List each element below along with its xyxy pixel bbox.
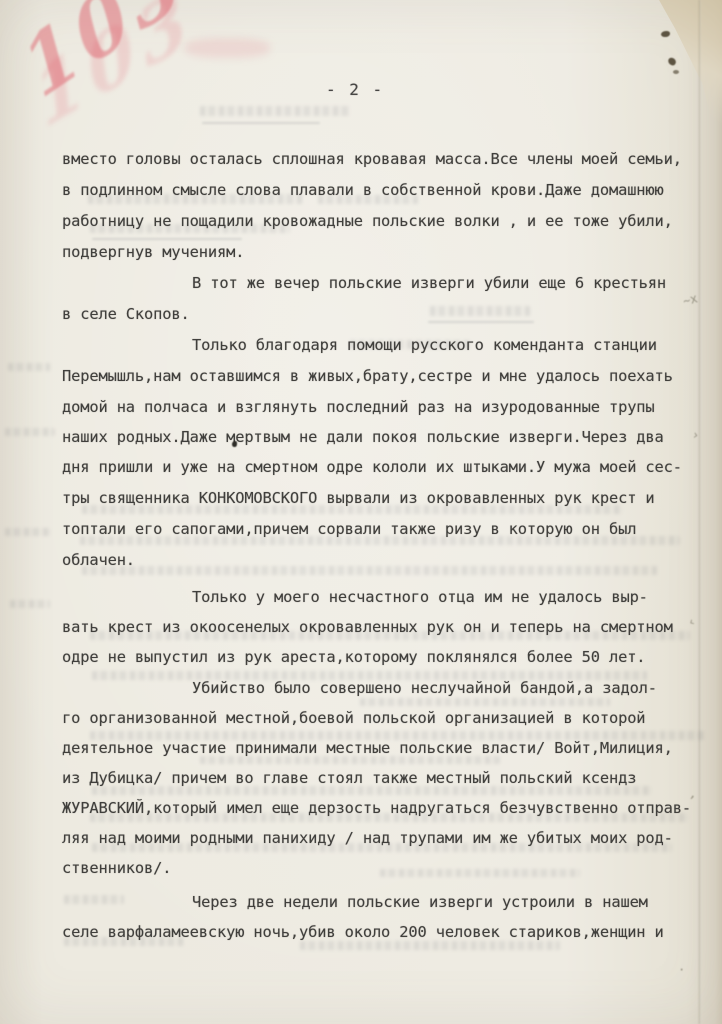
pencil-mark: · <box>677 963 685 978</box>
text-line: вать крест из окоосенелых окровавленных … <box>62 618 714 636</box>
text-line: деятельное участие принимали местные пол… <box>62 739 714 757</box>
text-line: наших родных.Даже мертвым не дали покоя … <box>62 428 714 446</box>
text-line: вместо головы осталась сплошная кровавая… <box>62 150 714 168</box>
text-line: в селе Скопов. <box>62 305 714 323</box>
text-line: подвергнув мучениям. <box>62 243 714 261</box>
ink-blot <box>232 441 237 447</box>
text-line: ственников/. <box>62 859 714 877</box>
text-line: облачен. <box>62 551 714 569</box>
text-line: тры священника КОНКОМОВСКОГО вырвали из … <box>62 489 714 507</box>
text-line: Только у моего несчастного отца им не уд… <box>62 588 722 606</box>
text-line: Убийство было совершено неслучайной банд… <box>62 679 722 697</box>
text-line: ЖУРАВСКИЙ,который имел еще дерзость надр… <box>62 799 714 817</box>
text-line: В тот же вечер польские изверги убили ещ… <box>62 274 722 292</box>
text-line: топтали его сапогами,причем сорвали такж… <box>62 520 714 538</box>
typewritten-text-block: вместо головы осталась сплошная кровавая… <box>0 0 722 1024</box>
text-line: ляя над моими родными панихиду / над тру… <box>62 829 714 847</box>
text-line: Через две недели польские изверги устрои… <box>62 893 722 911</box>
text-line: селе варфаламеевскую ночь,убив около 200… <box>62 923 714 941</box>
text-line: в подлинном смысле слова плавали в собст… <box>62 181 714 199</box>
text-line: домой на полчаса и взглянуть последний р… <box>62 398 714 416</box>
text-line: одре не выпустил из рук ареста,которому … <box>62 648 714 666</box>
text-line: Перемышль,нам оставшимся в живых,брату,с… <box>62 367 714 385</box>
text-line: го организованной местной,боевой польско… <box>62 709 714 727</box>
text-line: работницу не пощадили кровожадные польск… <box>62 212 714 230</box>
text-line: дня пришли и уже на смертном одре кололи… <box>62 458 714 476</box>
document-page: 103 103 - 2 - вместо головы осталась спл… <box>0 0 722 1024</box>
text-line: из Дубицка/ причем во главе стоял также … <box>62 769 714 787</box>
text-line: Только благодаря помощи русского коменда… <box>62 336 722 354</box>
